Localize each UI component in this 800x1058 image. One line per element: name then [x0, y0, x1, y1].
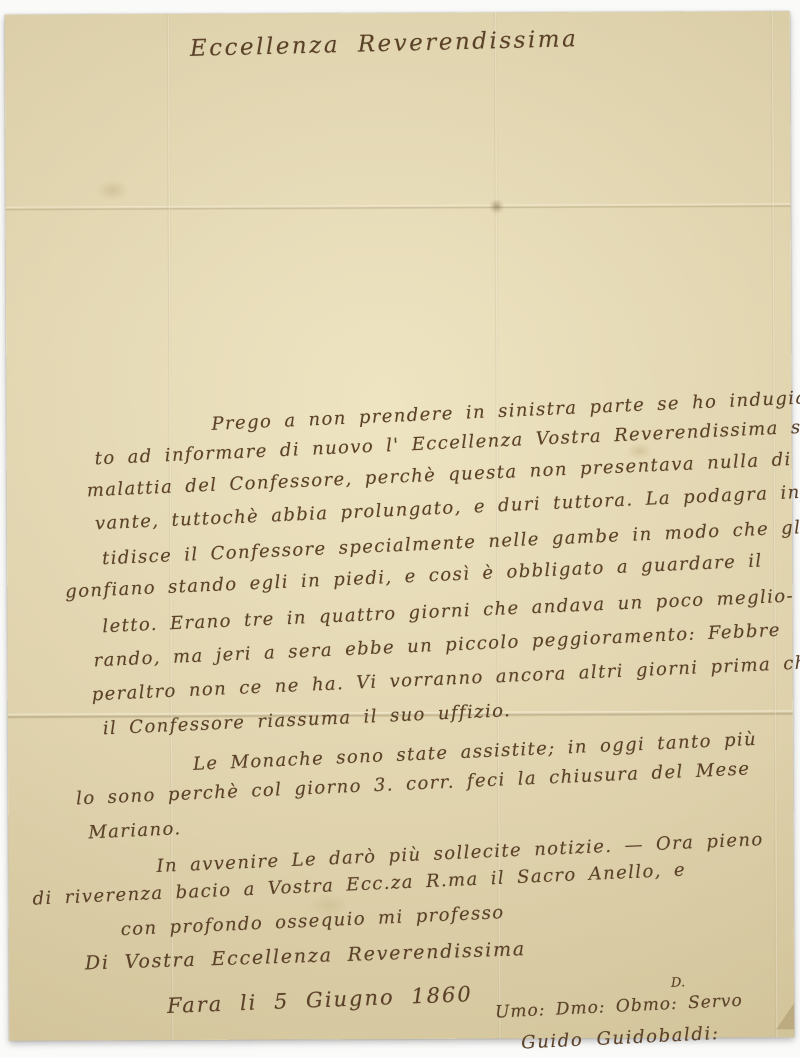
fold-intersection-mark [489, 199, 505, 215]
body-line: il Confessore riassuma il suo uffizio. [102, 700, 511, 739]
scanned-letter-page: Eccellenza Reverendissima Prego a non pr… [0, 0, 800, 1058]
fold-crease-horizontal-top [6, 203, 791, 210]
signature-title: Umo: Dmo: Obmo: Servo [495, 991, 744, 1023]
valediction: Di Vostra Eccellenza Reverendissima [85, 938, 527, 974]
signature-abbreviation-mark: D. [671, 975, 686, 991]
dateline: Fara li 5 Giugno 1860 [167, 982, 474, 1018]
paper-stain [95, 179, 129, 201]
signature-name: Guido Guidobaldi: [521, 1023, 720, 1053]
letter-heading: Eccellenza Reverendissima [190, 26, 579, 62]
body-line: Mariano. [88, 818, 182, 843]
body-line: con profondo ossequio mi professo [120, 902, 505, 940]
letter-paper: Eccellenza Reverendissima Prego a non pr… [5, 11, 794, 1040]
corner-fold [776, 1003, 794, 1029]
body-line: lo sono perchè col giorno 3. corr. feci … [76, 758, 751, 809]
